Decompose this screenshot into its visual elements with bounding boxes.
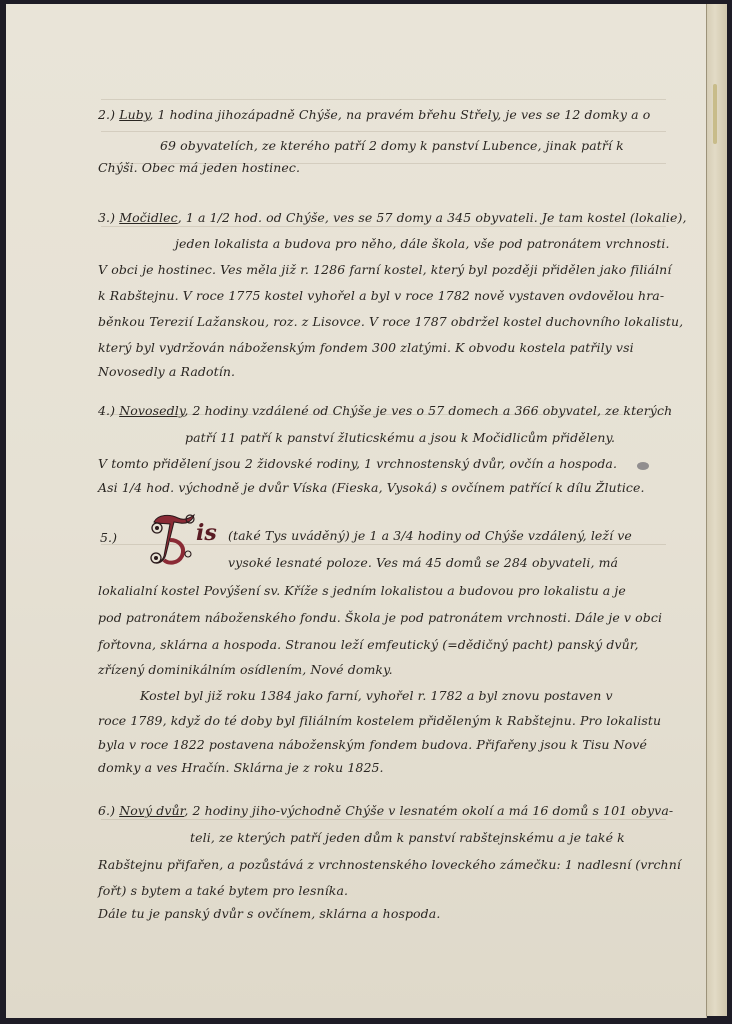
ornamental-t-icon [148,510,198,568]
entry-line: patří 11 patří k panství žluticskému a j… [185,430,615,445]
entry-line: Novosedly a Radotín. [98,364,235,379]
decorated-initial: is [148,510,218,568]
ink-blot [637,462,649,470]
entry-line: zřízený dominikálním osídlením, Nové dom… [98,662,393,677]
ruled-line [101,131,666,132]
entry-line: 4.) Novosedly, 2 hodiny vzdálené od Chýš… [98,403,672,418]
ruled-line [101,99,666,100]
ruled-line [101,226,666,227]
entry-line: lokalialní kostel Povýšení sv. Kříže s j… [98,583,626,598]
entry-line: 3.) Močidlec, 1 a 1/2 hod. od Chýše, ves… [98,210,687,225]
place-name: Nový dvůr [119,803,184,818]
entry-line: 69 obyvatelích, ze kterého patří 2 domy … [160,138,624,153]
entry-line: vysoké lesnaté poloze. Ves má 45 domů se… [228,555,618,570]
entry-number: 6.) [98,803,115,818]
entry-line: domky a ves Hračín. Sklárna je z roku 18… [98,760,384,775]
place-name: Močidlec [119,210,178,225]
entry-number: 5.) [100,530,117,545]
ruled-line [101,819,666,820]
place-name: Luby [119,107,149,122]
entry-number: 4.) [98,403,115,418]
book-page-edge [706,4,727,1016]
entry-line: 6.) Nový dvůr, 2 hodiny jiho-východně Ch… [98,803,673,818]
entry-line: roce 1789, když do té doby byl filiálním… [98,713,661,728]
entry-line: který byl vydržován náboženským fondem 3… [98,340,634,355]
entry-line: Rabštejnu přifařen, a pozůstává z vrchno… [98,857,681,872]
entry-line: Kostel byl již roku 1384 jako farní, vyh… [140,688,613,703]
initial-rest: is [196,520,217,546]
scanned-page: 2.) Luby, 1 hodina jihozápadně Chýše, na… [0,0,732,1024]
entry-number: 3.) [98,210,115,225]
entry-line: V obci je hostinec. Ves měla již r. 1286… [98,262,671,277]
entry-line: byla v roce 1822 postavena náboženským f… [98,737,647,752]
entry-line: jeden lokalista a budova pro něho, dále … [175,236,670,251]
entry-line: Dále tu je panský dvůr s ovčínem, sklárn… [98,906,440,921]
entry-line: Asi 1/4 hod. východně je dvůr Víska (Fie… [98,480,645,495]
entry-line: 2.) Luby, 1 hodina jihozápadně Chýše, na… [98,107,650,122]
place-name: Novosedly [119,403,184,418]
entry-line: k Rabštejnu. V roce 1775 kostel vyhořel … [98,288,664,303]
entry-line: fořtovna, sklárna a hospoda. Stranou lež… [98,637,639,652]
entry-line: fořt) s bytem a také bytem pro lesníka. [98,883,348,898]
entry-line: V tomto přidělení jsou 2 židovské rodiny… [98,456,617,471]
entry-line: pod patronátem náboženského fondu. Škola… [98,610,662,625]
entry-line: Chýši. Obec má jeden hostinec. [98,160,300,175]
entry-number: 2.) [98,107,115,122]
entry-line: (také Tys uváděný) je 1 a 3/4 hodiny od … [228,528,632,543]
entry-line: běnkou Terezií Lažanskou, roz. z Lisovce… [98,314,683,329]
entry-line: teli, ze kterých patří jeden dům k panst… [190,830,625,845]
paper-stain [713,84,717,144]
